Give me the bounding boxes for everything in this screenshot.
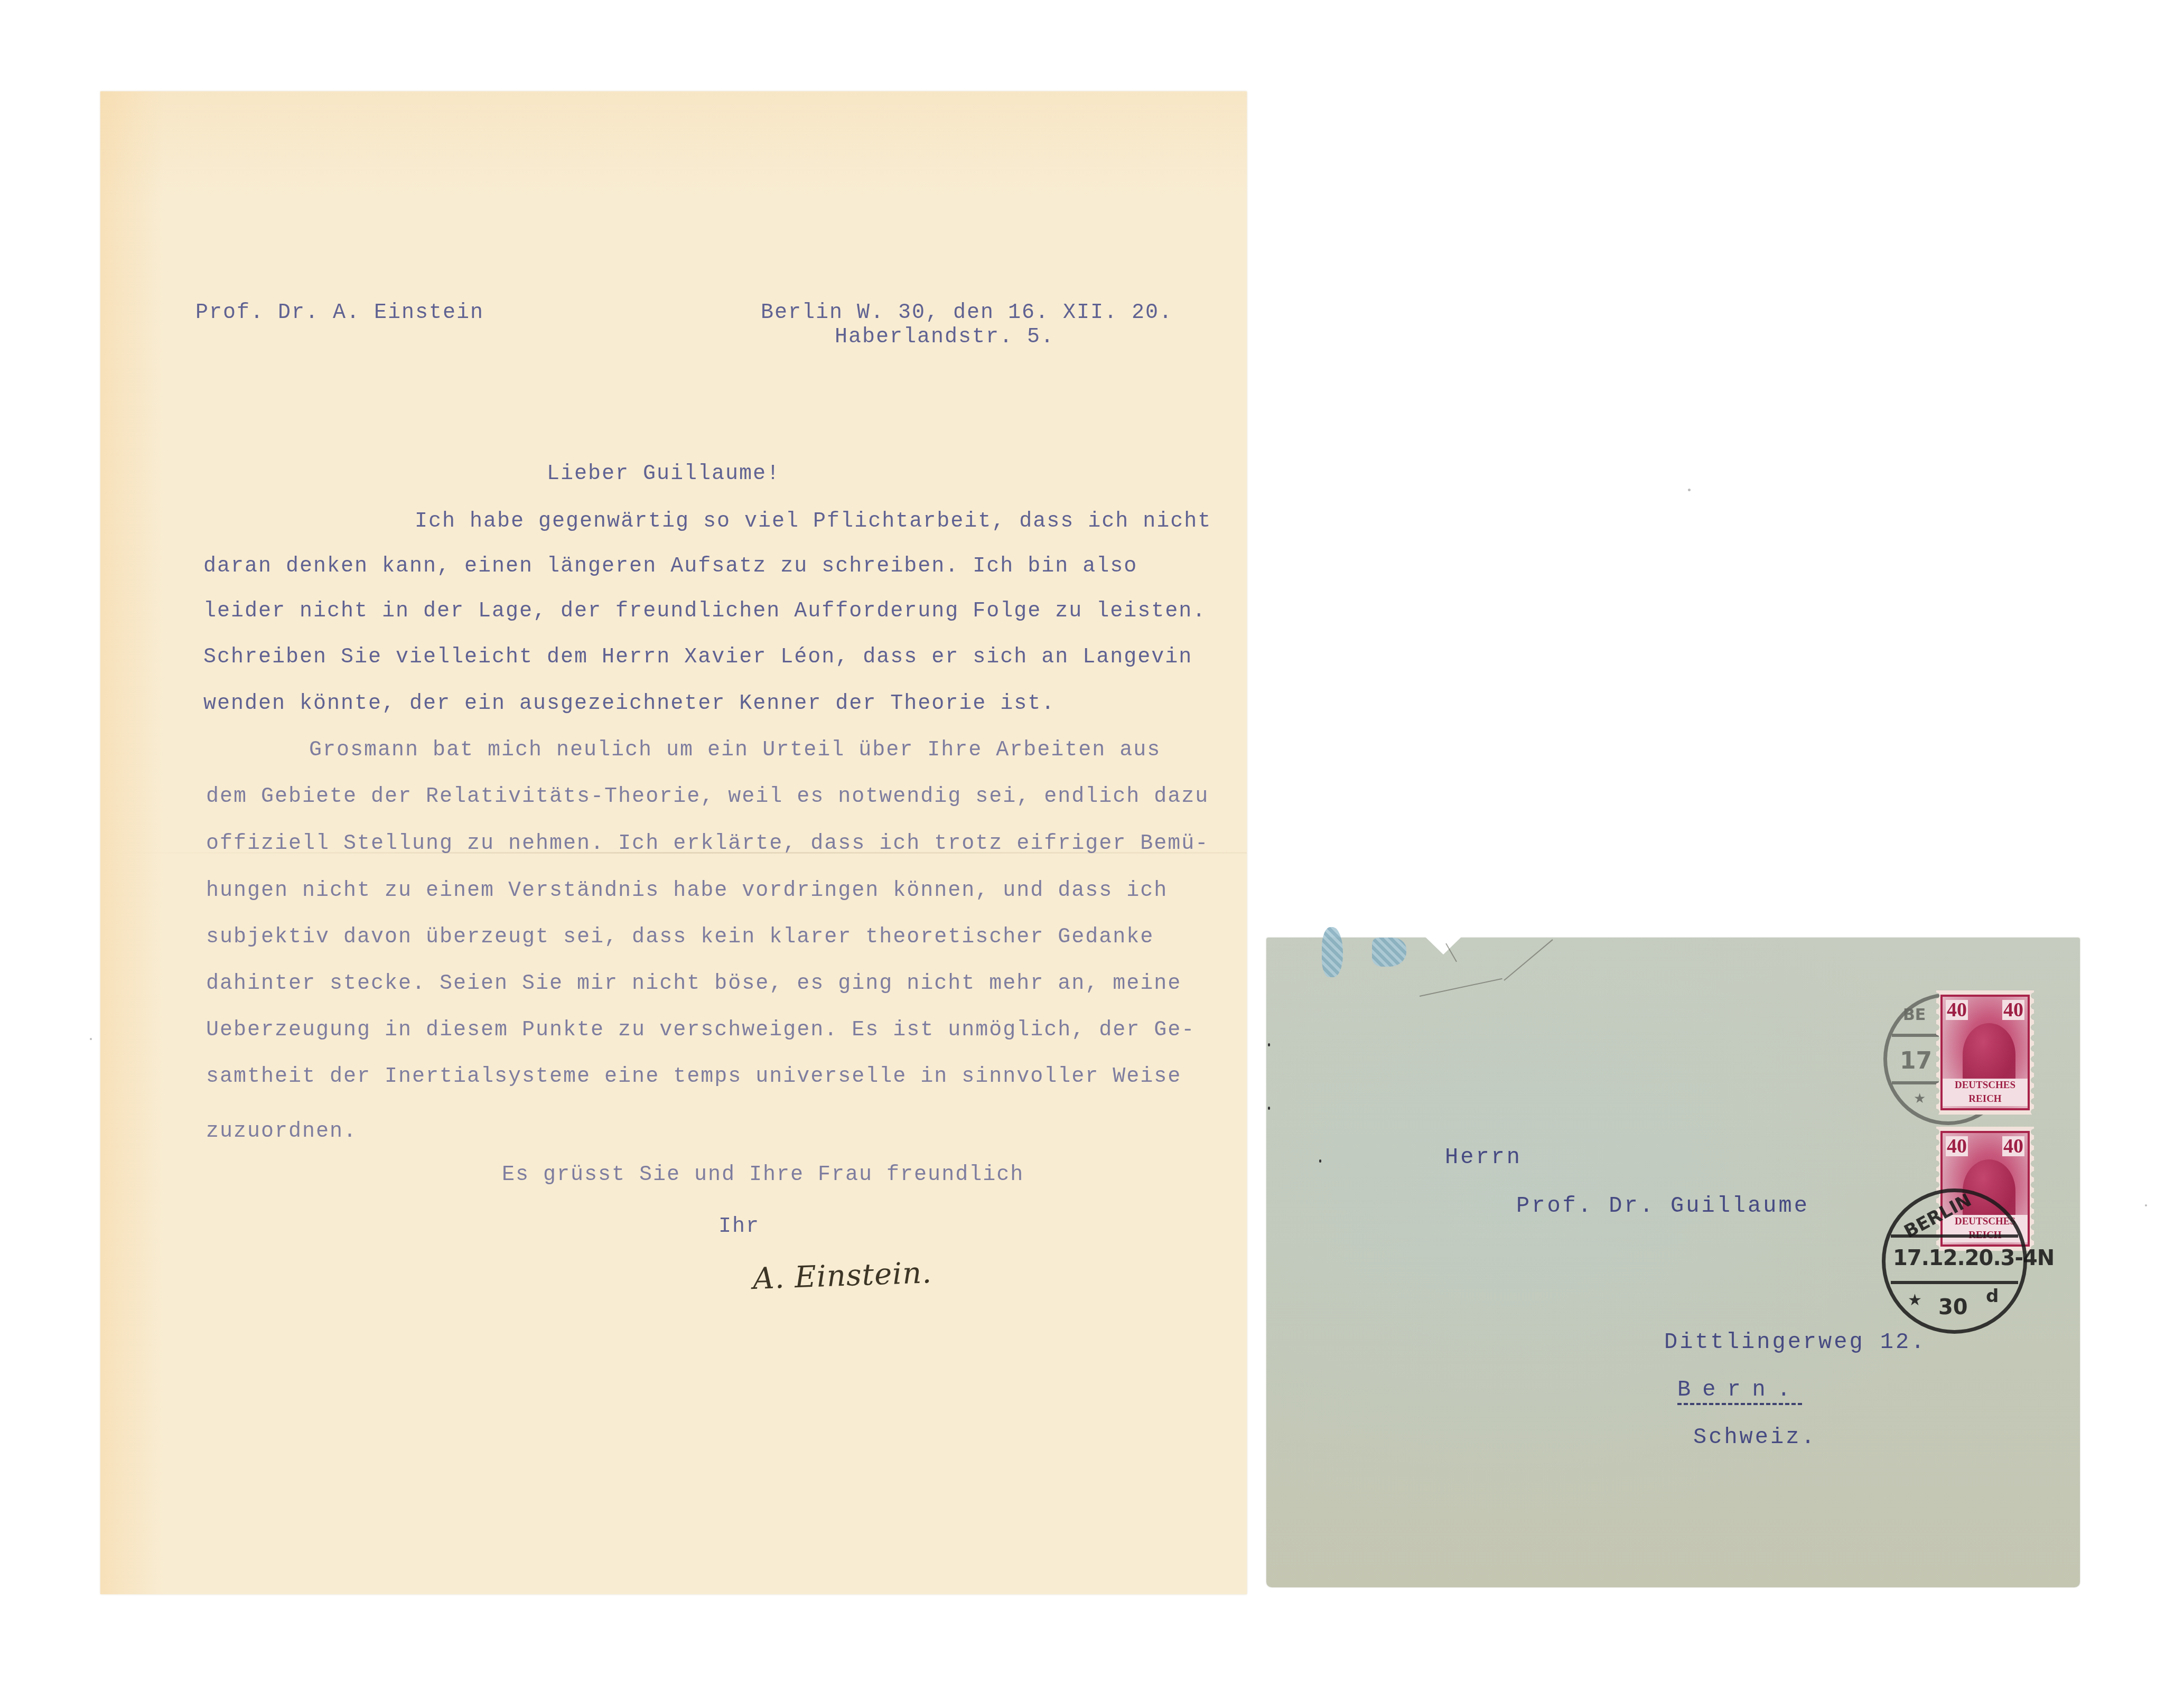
envelope-torn-seal-mid: [1372, 938, 1406, 967]
letter-body-line-3: leider nicht in der Lage, der freundlich…: [203, 601, 1206, 622]
stamp-upper-label: DEUTSCHES REICH: [1943, 1079, 2028, 1106]
envelope-address-country: Schweiz.: [1693, 1426, 1817, 1448]
envelope-address-street: Dittlingerweg 12.: [1664, 1331, 1926, 1353]
postmark-band-bottom: [1891, 1281, 2018, 1284]
background-speck: [90, 1038, 92, 1040]
stamp-lower-value-left: 40: [1946, 1136, 1968, 1156]
stamp-upper-value-right: 40: [2002, 1000, 2024, 1020]
letter-signature: A. Einstein.: [752, 1256, 932, 1296]
envelope-speck: [1268, 1107, 1270, 1110]
stamp-upper-frame: 40 40 DEUTSCHES REICH: [1940, 995, 2030, 1110]
envelope-speck: [1268, 1043, 1270, 1046]
letter-body-line-10: subjektiv davon überzeugt sei, dass kein…: [206, 927, 1154, 948]
letter-body-line-7: dem Gebiete der Relativitäts-Theorie, we…: [206, 787, 1209, 808]
envelope-address-city: Bern.: [1677, 1379, 1802, 1405]
envelope-crack-1: [1420, 978, 1502, 997]
letter-body-line-11: dahinter stecke. Seien Sie mir nicht bös…: [206, 974, 1181, 995]
letter-street: Haberlandstr. 5.: [835, 327, 1054, 348]
envelope-notch: [1425, 937, 1462, 954]
letter-body-line-14: zuzuordnen.: [206, 1121, 357, 1143]
letter-body-line-5: wenden könnte, der ein ausgezeichneter K…: [203, 694, 1055, 715]
envelope-torn-seal-left: [1322, 927, 1343, 977]
letter-body-line-13: samtheit der Inertialsysteme eine temps …: [206, 1066, 1181, 1088]
stamp-lower-value-right: 40: [2002, 1136, 2024, 1156]
postmark-upper-star: ★: [1914, 1092, 1926, 1106]
envelope-speck: [1319, 1159, 1321, 1163]
background-speck: [1688, 489, 1691, 491]
letter-place-date: Berlin W. 30, den 16. XII. 20.: [761, 303, 1173, 324]
letter-salutation: Lieber Guillaume!: [547, 464, 780, 485]
letter-body-line-6: Grosmann bat mich neulich um ein Urteil …: [309, 740, 1161, 761]
postmark-suffix: d: [1986, 1287, 1999, 1305]
background-speck: [2145, 1204, 2147, 1206]
envelope: Herrn Prof. Dr. Guillaume Dittlingerweg …: [1266, 938, 2080, 1587]
germania-portrait-icon: [1963, 1023, 2015, 1087]
letter-sheet: Prof. Dr. A. Einstein Berlin W. 30, den …: [100, 91, 1247, 1594]
letter-body-line-12: Ueberzeugung in diesem Punkte zu verschw…: [206, 1020, 1195, 1041]
postmark-city: BERLIN: [1901, 1191, 1974, 1241]
letter-body-line-8: offiziell Stellung zu nehmen. Ich erklär…: [206, 834, 1209, 855]
letter-body-line-9: hungen nicht zu einem Verständnis habe v…: [206, 881, 1168, 902]
postmark-office: 30: [1938, 1297, 1968, 1318]
envelope-address-name: Prof. Dr. Guillaume: [1516, 1195, 1809, 1217]
postmark-date: 17.12.20.3-4N: [1893, 1248, 2054, 1269]
postmark-upper-date: 17: [1900, 1050, 1932, 1073]
postmark-berlin: BERLIN 17.12.20.3-4N ★ 30 d: [1882, 1188, 2027, 1334]
postage-stamp-upper: 40 40 DEUTSCHES REICH: [1936, 990, 2034, 1115]
envelope-address-line1: Herrn: [1445, 1146, 1522, 1168]
letter-body-line-2: daran denken kann, einen längeren Aufsat…: [203, 556, 1137, 577]
envelope-crack-2: [1504, 939, 1553, 981]
letter-body-line-4: Schreiben Sie vielleicht dem Herrn Xavie…: [203, 647, 1192, 668]
letter-closing: Es grüsst Sie und Ihre Frau freundlich: [502, 1165, 1024, 1186]
postmark-upper-city: BE: [1903, 1007, 1926, 1023]
stamp-upper-value-left: 40: [1946, 1000, 1968, 1020]
letter-body-line-1: Ich habe gegenwärtig so viel Pflichtarbe…: [415, 511, 1211, 532]
letter-sender: Prof. Dr. A. Einstein: [195, 303, 484, 324]
postmark-star-icon: ★: [1908, 1293, 1922, 1308]
letter-valediction: Ihr: [718, 1216, 760, 1238]
